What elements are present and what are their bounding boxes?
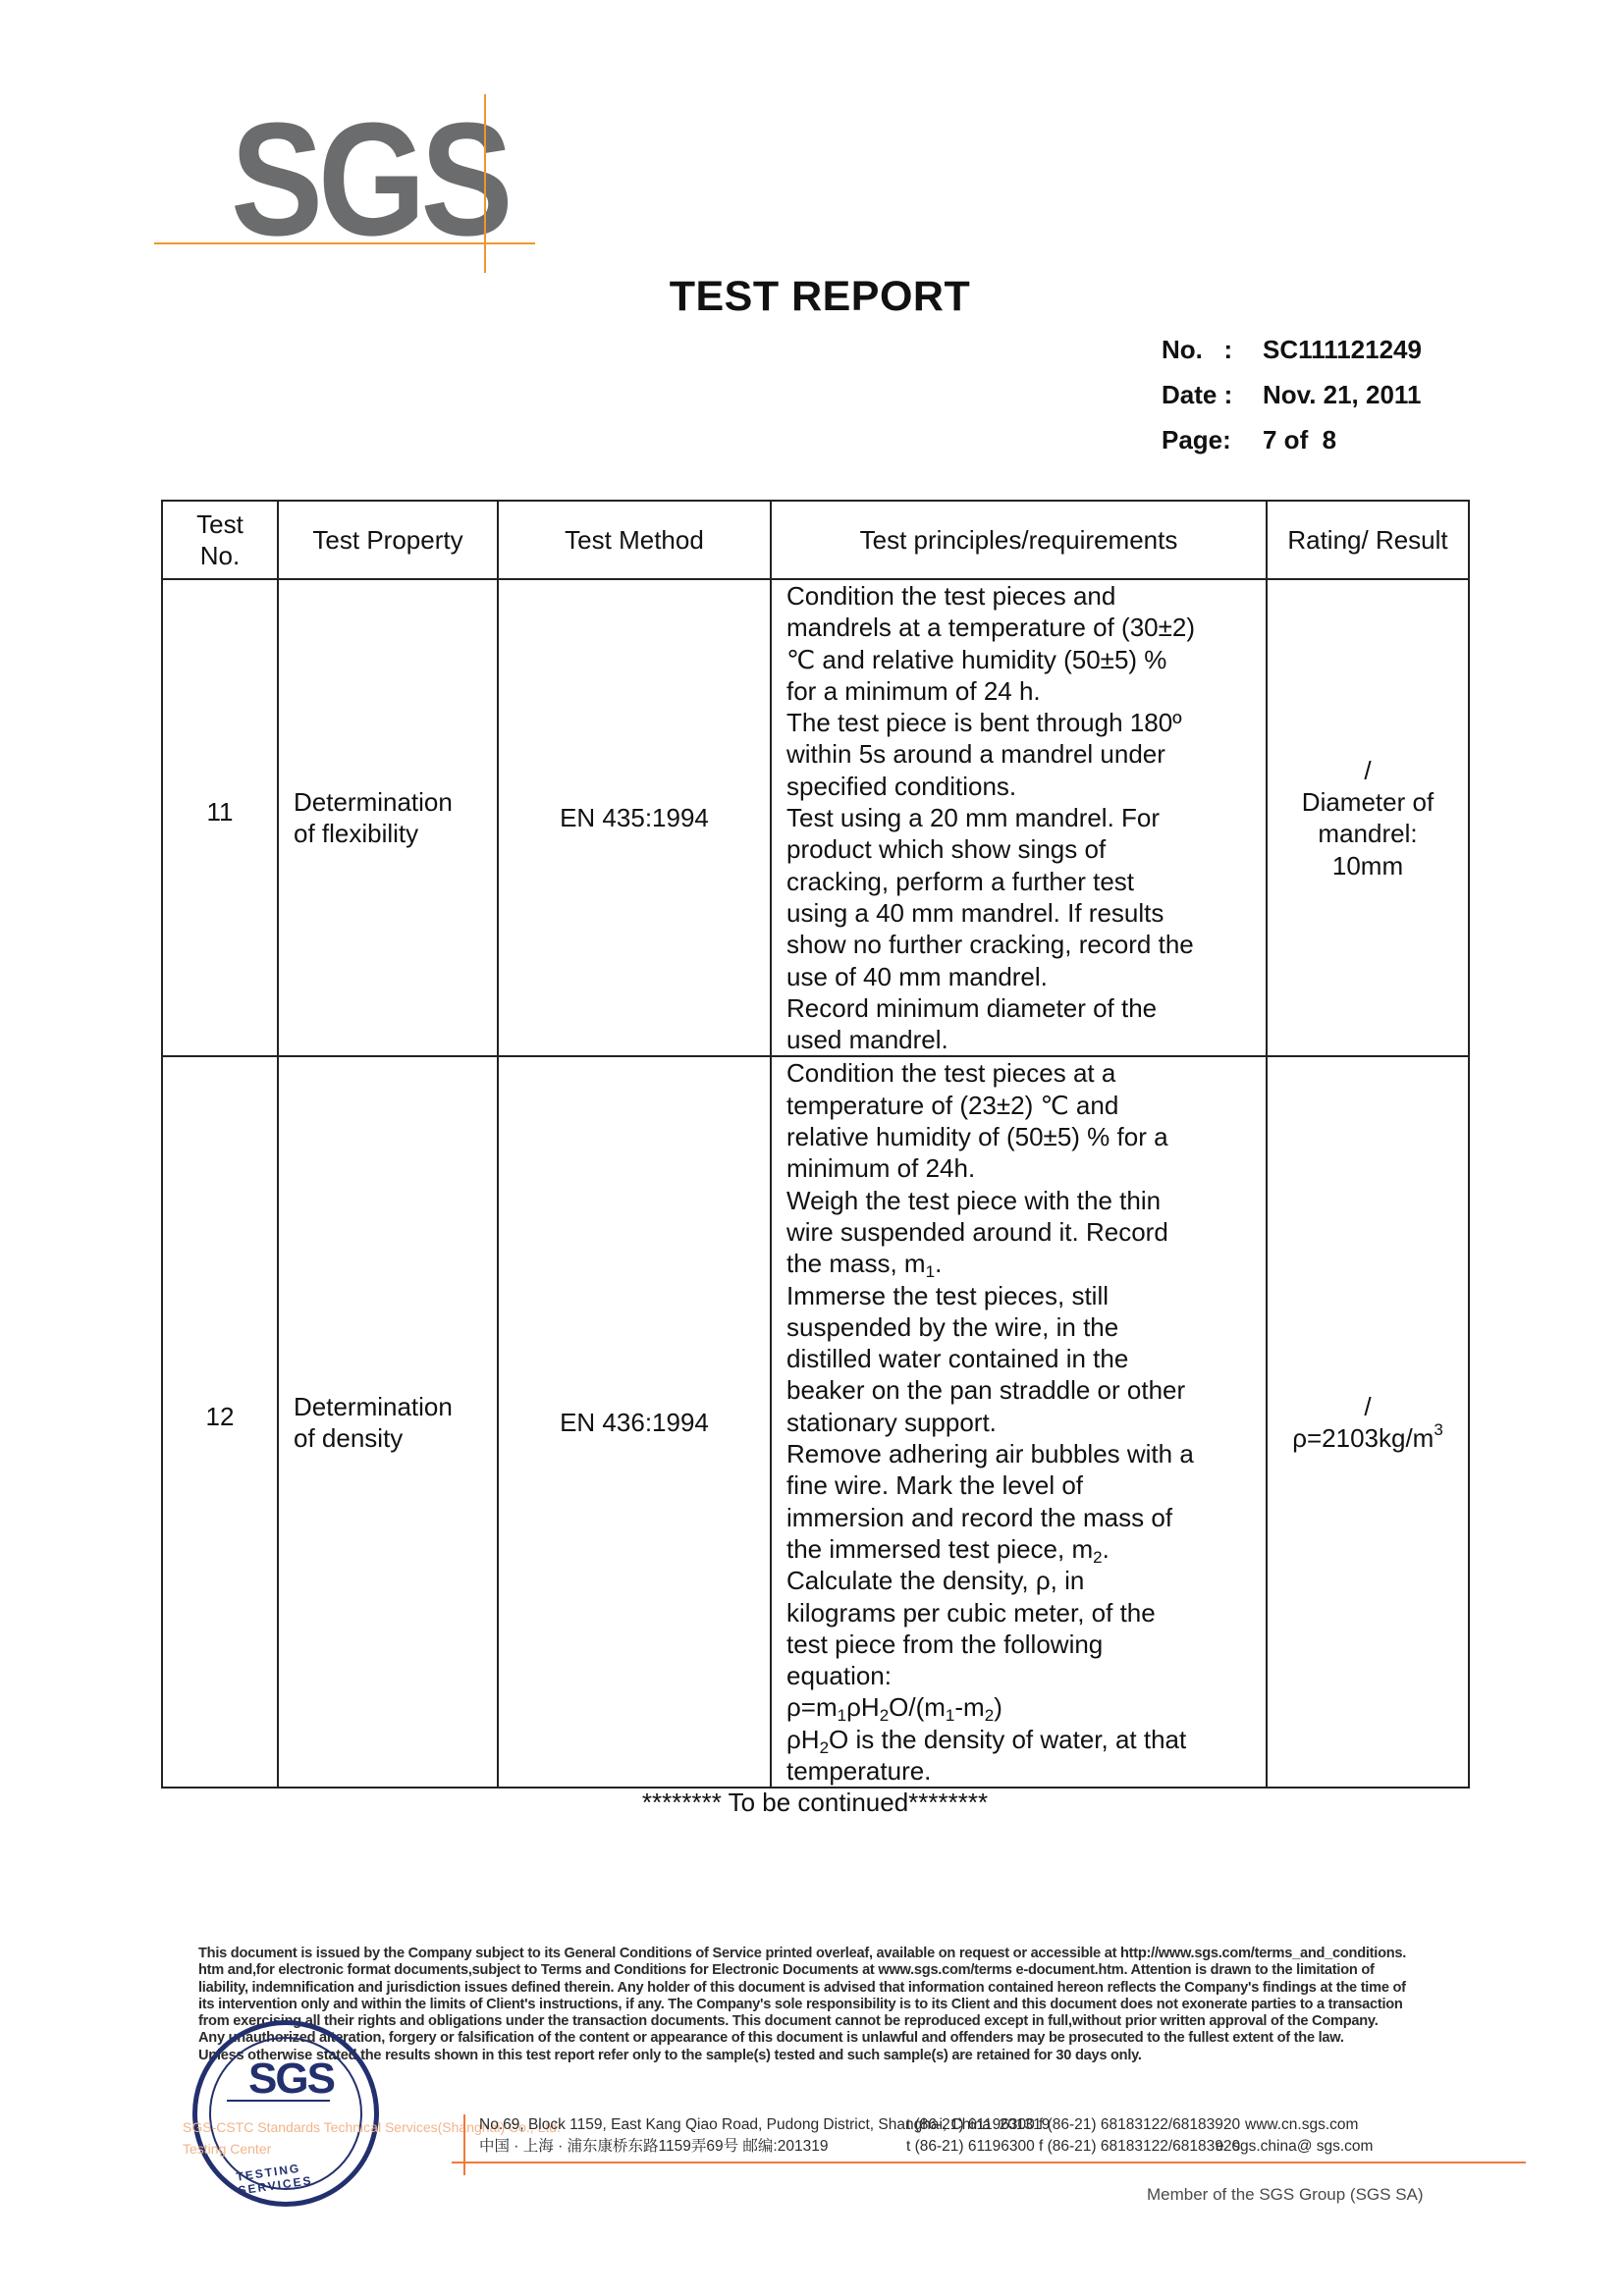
sgs-logo: SGS	[154, 94, 537, 276]
report-page-label: Page:	[1162, 417, 1263, 462]
test-no-cell: 12	[162, 1056, 278, 1788]
telephone-cn: t (86-21) 61196300	[906, 2136, 1039, 2158]
table-row: 11 Determinationof flexibility EN 435:19…	[162, 579, 1469, 1056]
test-results-table: TestNo. Test Property Test Method Test p…	[161, 500, 1470, 1789]
header-test-method: Test Method	[498, 501, 771, 579]
member-statement: Member of the SGS Group (SGS SA)	[1147, 2185, 1424, 2205]
test-no-cell: 11	[162, 579, 278, 1056]
test-principles-cell: Condition the test pieces at atemperatur…	[771, 1056, 1267, 1788]
email-link[interactable]: e sgs.china@ sgs.com	[1216, 2136, 1373, 2158]
logo-horizontal-line	[154, 242, 535, 244]
fax-cn: f (86-21) 68183122/68183920	[1039, 2136, 1216, 2158]
legal-disclaimer: This document is issued by the Company s…	[198, 1946, 1455, 2064]
report-no-value: SC111121249	[1263, 327, 1422, 372]
table-row: 12 Determinationof density EN 436:1994 C…	[162, 1056, 1469, 1788]
address-cn: 中国 · 上海 · 浦东康桥东路1159弄69号 邮编:201319	[479, 2136, 906, 2158]
test-result-cell: /Diameter ofmandrel:10mm	[1267, 579, 1469, 1056]
to-be-continued-note: ******** To be continued********	[0, 1788, 1624, 1818]
website-link[interactable]: www.cn.sgs.com	[1216, 2114, 1358, 2136]
logo-vertical-line	[484, 94, 486, 273]
contact-block: No.69, Block 1159, East Kang Qiao Road, …	[479, 2114, 1373, 2158]
report-date-value: Nov. 21, 2011	[1263, 372, 1421, 417]
sgs-logo-text: SGS	[231, 106, 508, 253]
report-date-label: Date :	[1162, 372, 1263, 417]
report-title: TEST REPORT	[0, 273, 1624, 321]
footer-accent-horizontal-line	[452, 2162, 1526, 2163]
sgs-seal-stamp-icon: SGS TESTING SERVICES	[192, 2020, 379, 2207]
telephone: t (86-21) 61196300	[906, 2114, 1039, 2136]
test-method-cell: EN 436:1994	[498, 1056, 771, 1788]
test-result-cell: /ρ=2103kg/m3	[1267, 1056, 1469, 1788]
report-meta: No. :SC111121249 Date :Nov. 21, 2011 Pag…	[1162, 327, 1422, 462]
test-property-cell: Determinationof density	[278, 1056, 498, 1788]
header-test-no: TestNo.	[162, 501, 278, 579]
report-page-value: 7 of 8	[1263, 417, 1336, 462]
table-header-row: TestNo. Test Property Test Method Test p…	[162, 501, 1469, 579]
header-test-principles: Test principles/requirements	[771, 501, 1267, 579]
test-principles-cell: Condition the test pieces andmandrels at…	[771, 579, 1267, 1056]
test-method-cell: EN 435:1994	[498, 579, 771, 1056]
test-property-cell: Determinationof flexibility	[278, 579, 498, 1056]
fax: f (86-21) 68183122/68183920	[1039, 2114, 1216, 2136]
report-no-label: No. :	[1162, 327, 1263, 372]
address-en: No.69, Block 1159, East Kang Qiao Road, …	[479, 2114, 906, 2136]
header-test-property: Test Property	[278, 501, 498, 579]
footer-accent-vertical-line	[463, 2114, 465, 2175]
header-rating-result: Rating/ Result	[1267, 501, 1469, 579]
